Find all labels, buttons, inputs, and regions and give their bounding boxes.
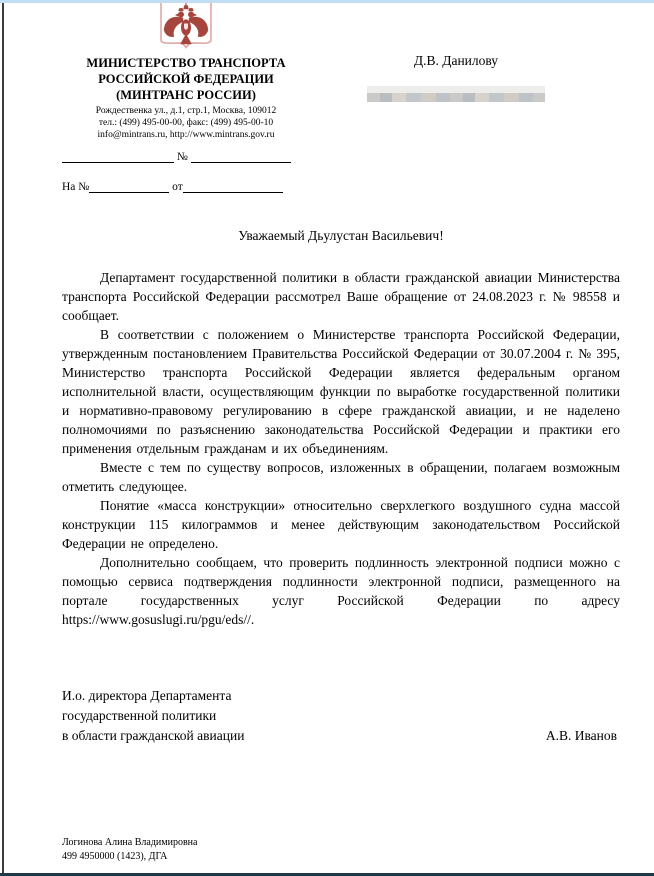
page-left-edge bbox=[2, 3, 4, 873]
letterhead-phone: тел.: (499) 495-00-00, факс: (499) 495-0… bbox=[62, 117, 310, 129]
body-paragraph-4: Понятие «масса конструкции» относительно… bbox=[62, 496, 620, 553]
reference-block: № На № от bbox=[62, 149, 302, 209]
russian-coat-of-arms-icon bbox=[157, 3, 215, 49]
salutation: Уважаемый Дьулустан Васильевич! bbox=[62, 228, 620, 244]
signature-name: А.В. Иванов bbox=[546, 726, 617, 746]
incoming-reference-row: На № от bbox=[62, 179, 302, 195]
ministry-name-line-1: МИНИСТЕРСТВО ТРАНСПОРТА bbox=[62, 55, 310, 71]
body-paragraph-1: Департамент государственной политики в о… bbox=[62, 268, 620, 325]
signature-position-line-2: государственной политики bbox=[62, 706, 620, 726]
signature-position-line-1: И.о. директора Департамента bbox=[62, 686, 620, 706]
ministry-name-line-2: РОССИЙСКОЙ ФЕДЕРАЦИИ bbox=[62, 71, 310, 87]
letter-body: Департамент государственной политики в о… bbox=[62, 268, 620, 629]
letterhead-address: Рождественка ул., д.1, стр.1, Москва, 10… bbox=[62, 105, 310, 117]
outgoing-number-blank bbox=[191, 149, 291, 163]
redacted-address bbox=[367, 86, 545, 102]
signature-position-line-3: в области гражданской авиации bbox=[62, 726, 620, 746]
executor-name: Логинова Алина Владимировна bbox=[62, 836, 197, 850]
outgoing-number-label: № bbox=[177, 151, 188, 163]
executor-footer: Логинова Алина Владимировна 499 4950000 … bbox=[62, 836, 197, 864]
recipient-name: Д.В. Данилову bbox=[360, 53, 552, 69]
incoming-date-blank bbox=[183, 179, 283, 193]
letterhead: МИНИСТЕРСТВО ТРАНСПОРТА РОССИЙСКОЙ ФЕДЕР… bbox=[62, 3, 310, 141]
body-paragraph-3: Вместе с тем по существу вопросов, излож… bbox=[62, 458, 620, 496]
incoming-number-label: На № bbox=[62, 181, 89, 193]
incoming-from-label: от bbox=[172, 181, 183, 193]
body-paragraph-2: В соответствии с положением о Министерст… bbox=[62, 325, 620, 458]
executor-phone: 499 4950000 (1423), ДГА bbox=[62, 850, 197, 864]
incoming-number-blank bbox=[89, 179, 169, 193]
letter-page: МИНИСТЕРСТВО ТРАНСПОРТА РОССИЙСКОЙ ФЕДЕР… bbox=[0, 0, 654, 876]
ministry-name-line-3: (МИНТРАНС РОССИИ) bbox=[62, 87, 310, 103]
signature-block: И.о. директора Департамента государствен… bbox=[62, 686, 620, 746]
outgoing-date-blank bbox=[62, 149, 174, 163]
letterhead-web: info@mintrans.ru, http://www.mintrans.go… bbox=[62, 129, 310, 141]
recipient-block: Д.В. Данилову bbox=[360, 53, 552, 102]
outgoing-reference-row: № bbox=[62, 149, 302, 165]
body-paragraph-5: Дополнительно сообщаем, что проверить по… bbox=[62, 553, 620, 629]
